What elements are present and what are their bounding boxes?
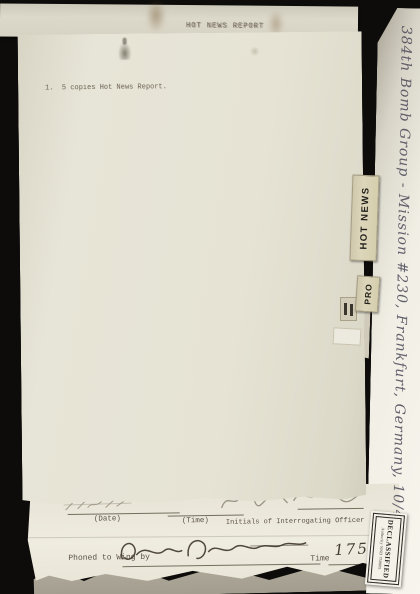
initials-caption: Initials of Interrogating Officer [226,517,365,527]
typed-body-line: 1. 5 copies Hot News Report. [45,83,167,92]
declassified-stamp-frame: DECLASSIFIED Authority NND 750005 [367,513,405,586]
faint-stain [250,46,260,56]
small-blank-tab [333,327,362,345]
hot-news-tab-label: HOT NEWS [358,186,371,250]
phoned-by-signature-ink [116,532,322,567]
water-stain [146,0,166,33]
time-caption: Time [310,554,329,563]
blank-cover-sheet: 1. 5 copies Hot News Report. [18,31,367,505]
time-label: (Time) [182,517,209,525]
report-header: HOT NEWS REPORT [186,22,264,31]
pro-tab: PRO [355,275,380,313]
date-line [68,512,180,515]
pro-tab-label: PRO [362,283,373,305]
date-label: (Date) [94,515,121,523]
declassified-stamp: DECLASSIFIED Authority NND 750005 [365,511,407,588]
scanned-document-page: HOT NEWS REPORT 384th Bomb Group - Missi… [0,0,420,594]
hot-news-tab: HOT NEWS [350,175,380,262]
ink-stamp-smudge [118,42,132,60]
